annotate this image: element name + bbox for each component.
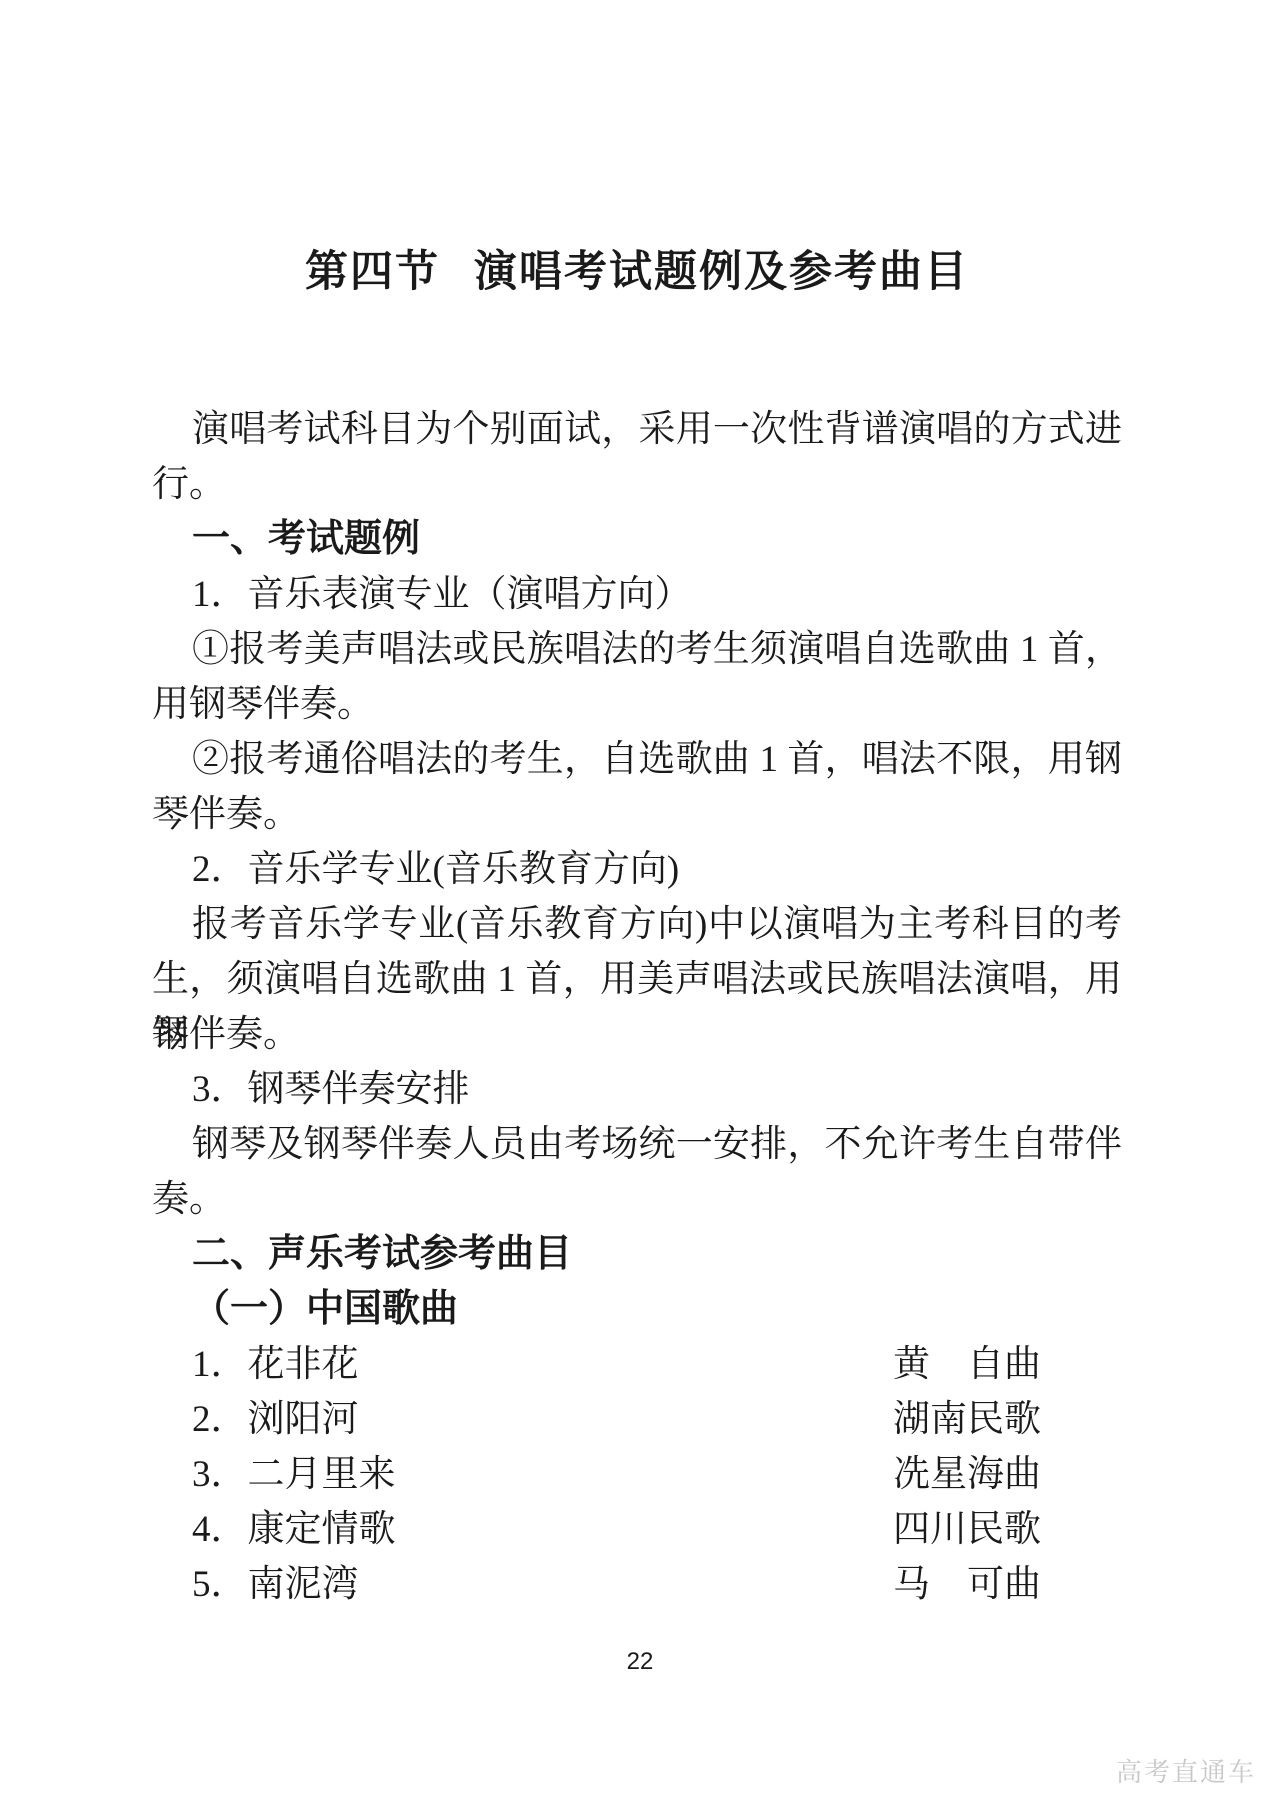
section-heading: （一）中国歌曲 [152, 1282, 1122, 1337]
song-credit: 四川民歌 [893, 1502, 1041, 1557]
list-item: 2．音乐学专业(音乐教育方向) [152, 842, 1122, 897]
section-heading: 二、声乐考试参考曲目 [152, 1227, 1122, 1282]
page-number: 22 [0, 1648, 1280, 1676]
song-credit: 黄 自曲 [893, 1337, 1041, 1392]
paragraph-line: 琴伴奏。 [152, 1007, 1122, 1062]
song-row: 3．二月里来冼星海曲 [152, 1447, 1122, 1502]
song-title: 5．南泥湾 [192, 1564, 359, 1605]
page-title-text: 演唱考试题例及参考曲目 [474, 248, 969, 296]
paragraph-line: ②报考通俗唱法的考生，自选歌曲 1 首，唱法不限，用钢 [152, 732, 1122, 787]
document-body: 演唱考试科目为个别面试，采用一次性背谱演唱的方式进行。一、考试题例1．音乐表演专… [152, 402, 1122, 1612]
section-heading: 一、考试题例 [152, 512, 1122, 567]
watermark: 高考直通车 [1116, 1752, 1256, 1789]
song-row: 2．浏阳河湖南民歌 [152, 1392, 1122, 1447]
paragraph-line: 演唱考试科目为个别面试，采用一次性背谱演唱的方式进 [152, 402, 1122, 457]
paragraph-line: ①报考美声唱法或民族唱法的考生须演唱自选歌曲 1 首， [152, 622, 1122, 677]
list-item: 3．钢琴伴奏安排 [152, 1062, 1122, 1117]
song-row: 4．康定情歌四川民歌 [152, 1502, 1122, 1557]
paragraph-line: 用钢琴伴奏。 [152, 677, 1122, 732]
list-item: 1．音乐表演专业（演唱方向） [152, 567, 1122, 622]
song-credit: 湖南民歌 [893, 1392, 1041, 1447]
song-title: 2．浏阳河 [192, 1399, 359, 1440]
paragraph-line: 琴伴奏。 [152, 787, 1122, 842]
song-row: 1．花非花黄 自曲 [152, 1337, 1122, 1392]
document-page: 第四节演唱考试题例及参考曲目 演唱考试科目为个别面试，采用一次性背谱演唱的方式进… [0, 0, 1280, 1810]
song-title: 4．康定情歌 [192, 1509, 396, 1550]
song-title: 1．花非花 [192, 1344, 359, 1385]
paragraph-line: 行。 [152, 457, 1122, 512]
song-row: 5．南泥湾马 可曲 [152, 1557, 1122, 1612]
song-title: 3．二月里来 [192, 1454, 396, 1495]
page-title: 第四节演唱考试题例及参考曲目 [152, 238, 1122, 299]
paragraph-line: 报考音乐学专业(音乐教育方向)中以演唱为主考科目的考 [152, 897, 1122, 952]
paragraph-line: 钢琴及钢琴伴奏人员由考场统一安排，不允许考生自带伴 [152, 1117, 1122, 1172]
page-title-section: 第四节 [305, 248, 440, 296]
paragraph-line: 奏。 [152, 1172, 1122, 1227]
song-credit: 马 可曲 [893, 1557, 1041, 1612]
paragraph-line: 生，须演唱自选歌曲 1 首，用美声唱法或民族唱法演唱，用钢 [152, 952, 1122, 1007]
song-credit: 冼星海曲 [893, 1447, 1041, 1502]
